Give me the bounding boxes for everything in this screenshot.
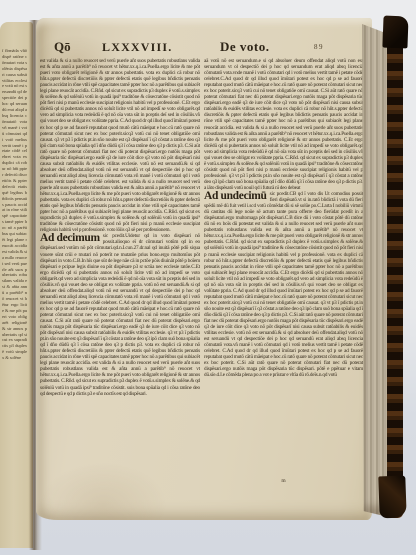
text-column-right: aā votū nō est seruandum.e si qd absolue… [204,58,363,476]
left-column-text-2: sic pcedit.Uidetur qd in voto dispēsari … [40,233,200,396]
left-column-text-1: est valida & si a nullo reuocet sed verū… [40,58,200,233]
section-heading-ad-decimum: Ad decimum [40,233,103,245]
book-page: Qō LXXXVIII. De voto. 89 est valida & si… [36,18,372,520]
text-column-left: est valida & si a nullo reuocet sed verū… [40,58,200,476]
binding-corner-top [382,16,408,49]
fore-edge-pages [362,24,390,516]
left-column-paragraph: est valida & si a nullo reuocet sed verū… [40,58,200,233]
right-column-text-2: sic pcedit.CB qd ī voto dis Ut comodius … [204,191,363,378]
right-column-section: Ad undecimūsic pcedit.CB qd ī voto dis U… [204,191,363,378]
running-title: De voto. [220,39,270,55]
quaestio-abbreviation: Qō [54,39,71,55]
facing-page-text-fragment: ī fīrmāda vltō dispē ratōne cōmutari vot… [2,48,27,484]
signature-mark: m [204,478,363,484]
right-column-paragraph: aā votū nō est seruandum.e si qd absolue… [204,58,363,191]
book-photo: ī fīrmāda vltō dispē ratōne cōmutari vot… [0,0,416,555]
section-heading-ad-undecimum: Ad undecimū [204,191,270,203]
right-column-text-1: aā votū nō est seruandum.e si qd absolue… [204,58,363,191]
quaestio-number: LXXXVIII. [102,40,172,55]
leather-binding [387,20,403,518]
left-column-section: Ad decimumsic pcedit.Uidetur qd in voto … [40,233,200,396]
running-header: Qō LXXXVIII. De voto. 89 [36,38,372,58]
folio-number: 89 [314,43,324,51]
binding-corner-bottom [378,476,406,519]
